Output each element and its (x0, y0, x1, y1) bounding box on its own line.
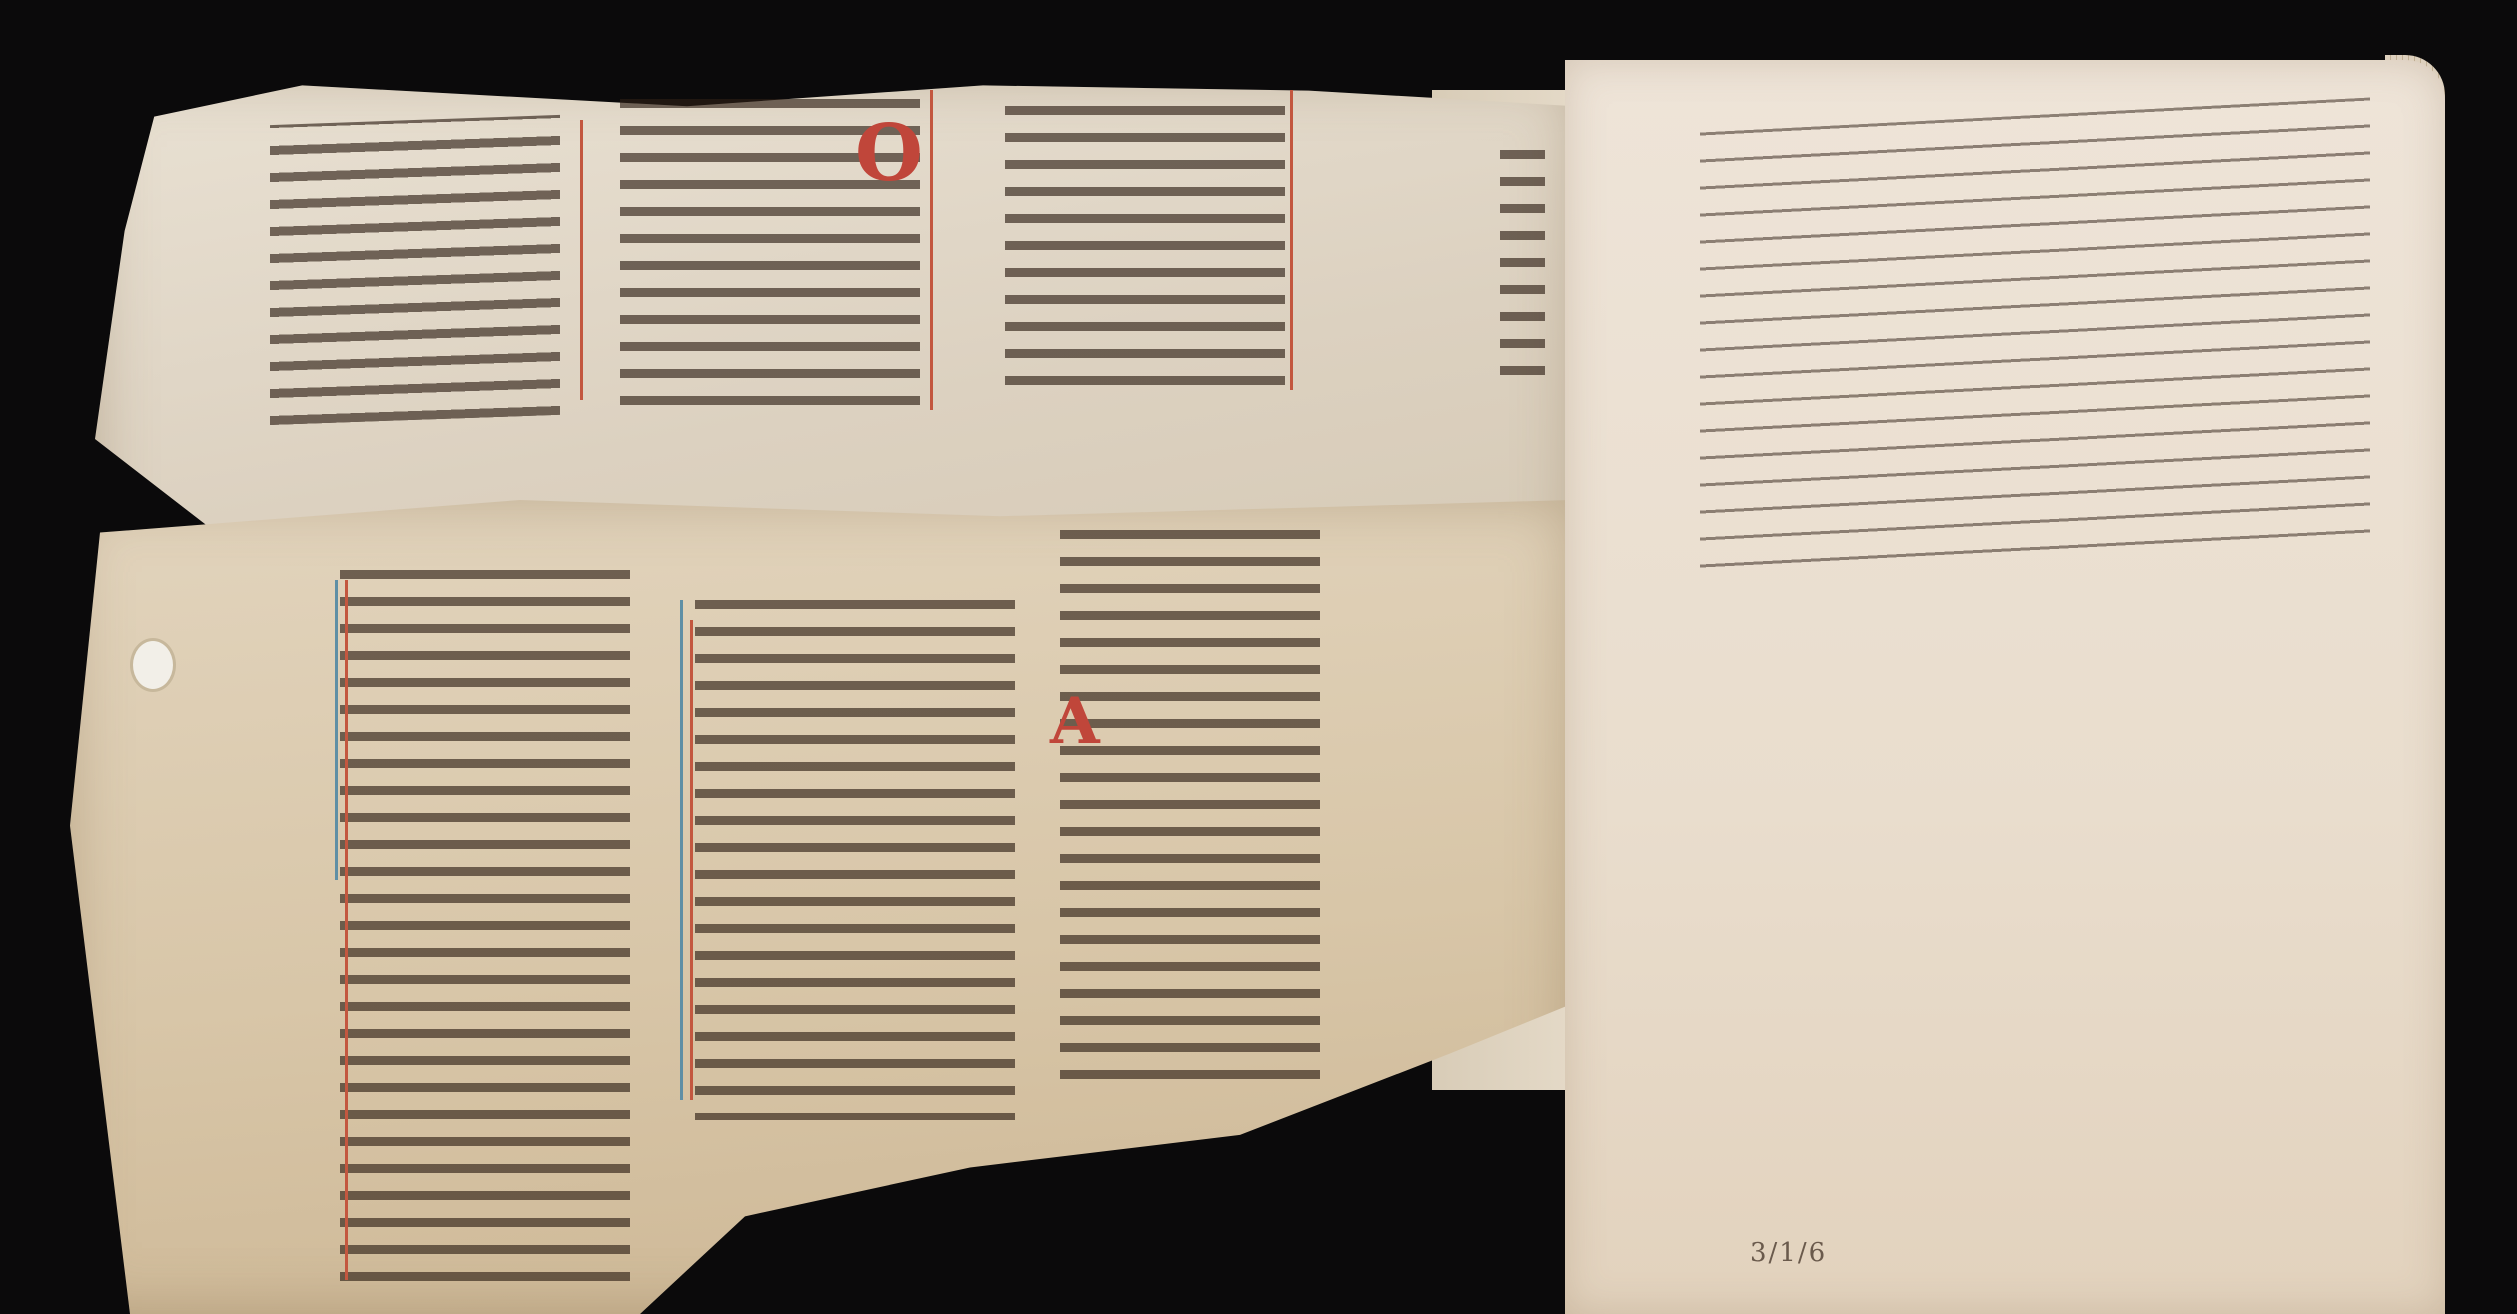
text-column (270, 115, 560, 425)
rubric-line (580, 120, 583, 400)
punched-hole (130, 638, 176, 692)
folio-number: 3/1/6 (1750, 1238, 1827, 1268)
illuminated-initial: A (1050, 690, 1100, 754)
text-column (340, 570, 630, 1290)
rubric-line (335, 580, 338, 880)
rubric-line (930, 90, 933, 410)
rubric-line (690, 620, 693, 1100)
rubric-line (680, 600, 683, 1100)
handwritten-text-block (1700, 97, 2370, 572)
rubric-line (345, 580, 348, 1280)
text-column (695, 600, 1015, 1120)
text-column (1005, 95, 1285, 385)
photograph-scene: O A 3/1/6 (0, 0, 2517, 1314)
text-column (1060, 530, 1320, 1090)
text-column (1500, 150, 1545, 390)
illuminated-initial: O (855, 115, 923, 193)
rubric-line (1290, 90, 1293, 390)
